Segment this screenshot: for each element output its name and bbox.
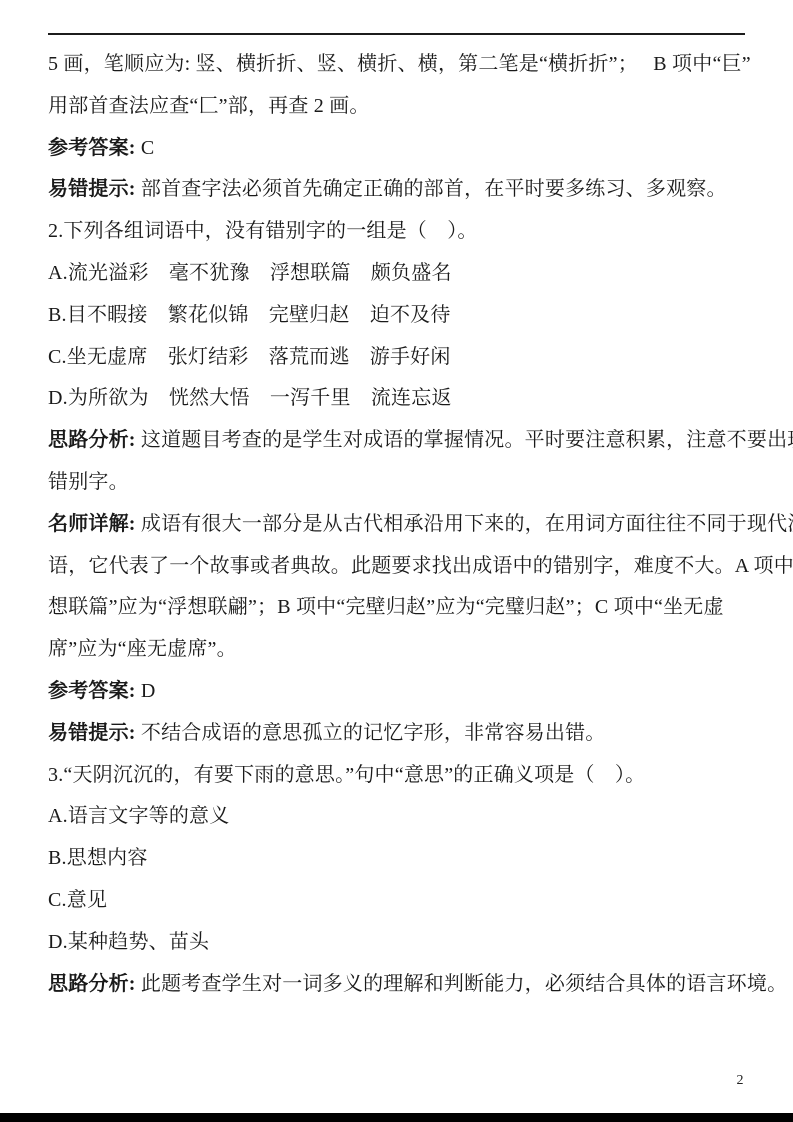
- line-text: C: [136, 137, 155, 159]
- line-text: 想联篇”应为“浮想联翩”；B 项中“完壁归赵”应为“完璧归赵”；C 项中“坐无虚: [48, 596, 724, 618]
- page-number: 2: [730, 1073, 750, 1089]
- error-tip-1: 易错提示: 部首查字法必须首先确定正确的部首，在平时要多练习、多观察。: [48, 169, 758, 211]
- line-text: 5 画，笔顺应为: 竖、横折折、竖、横折、横，第二笔是“横折折”； B 项中“巨…: [48, 53, 751, 75]
- line-text: B.目不暇接 繁花似锦 完壁归赵 迫不及待: [48, 304, 451, 326]
- reference-answer-1: 参考答案: C: [48, 128, 758, 170]
- question-3-option-c: C.意见: [48, 880, 758, 922]
- line-text: 此题考查学生对一词多义的理解和判断能力，必须结合具体的语言环境。: [136, 973, 788, 995]
- question-3-option-b: B.思想内容: [48, 838, 758, 880]
- analysis-2-line-1: 思路分析: 这道题目考查的是学生对成语的掌握情况。平时要注意积累，注意不要出现: [48, 420, 758, 462]
- line-text: D.某种趋势、苗头: [48, 931, 209, 953]
- line-text: 2.下列各组词语中，没有错别字的一组是（ ）。: [48, 220, 478, 242]
- teacher-detail-line-4: 席”应为“座无虚席”。: [48, 629, 758, 671]
- reference-answer-2: 参考答案: D: [48, 671, 758, 713]
- line-text: 成语有很大一部分是从古代相承沿用下来的，在用词方面往往不同于现代汉: [136, 513, 793, 535]
- section-label: 参考答案:: [48, 680, 136, 702]
- document-body: 5 画，笔顺应为: 竖、横折折、竖、横折、横，第二笔是“横折折”； B 项中“巨…: [48, 44, 758, 1005]
- question-3-stem: 3.“天阴沉沉的，有要下雨的意思。”句中“意思”的正确义项是（ ）。: [48, 755, 758, 797]
- teacher-detail-line-3: 想联篇”应为“浮想联翩”；B 项中“完壁归赵”应为“完璧归赵”；C 项中“坐无虚: [48, 587, 758, 629]
- line-text: 部首查字法必须首先确定正确的部首，在平时要多练习、多观察。: [136, 178, 727, 200]
- line-text: D: [136, 680, 156, 702]
- header-rule: [48, 33, 745, 35]
- section-label: 思路分析:: [48, 429, 136, 451]
- document-page: 5 画，笔顺应为: 竖、横折折、竖、横折、横，第二笔是“横折折”； B 项中“巨…: [0, 0, 793, 1122]
- bottom-scan-bar: [0, 1113, 793, 1122]
- question-3-option-d: D.某种趋势、苗头: [48, 922, 758, 964]
- stroke-analysis-line-2: 用部首查法应查“匚”部，再查 2 画。: [48, 86, 758, 128]
- line-text: 席”应为“座无虚席”。: [48, 638, 237, 660]
- question-2-option-b: B.目不暇接 繁花似锦 完壁归赵 迫不及待: [48, 295, 758, 337]
- line-text: A.语言文字等的意义: [48, 805, 229, 827]
- question-2-option-c: C.坐无虚席 张灯结彩 落荒而逃 游手好闲: [48, 337, 758, 379]
- line-text: 这道题目考查的是学生对成语的掌握情况。平时要注意积累，注意不要出现: [136, 429, 793, 451]
- section-label: 名师详解:: [48, 513, 136, 535]
- question-2-option-a: A.流光溢彩 毫不犹豫 浮想联篇 颇负盛名: [48, 253, 758, 295]
- section-label: 易错提示:: [48, 178, 136, 200]
- teacher-detail-line-1: 名师详解: 成语有很大一部分是从古代相承沿用下来的，在用词方面往往不同于现代汉: [48, 504, 758, 546]
- line-text: 不结合成语的意思孤立的记忆字形，非常容易出错。: [136, 722, 606, 744]
- line-text: 语，它代表了一个故事或者典故。此题要求找出成语中的错别字，难度不大。A 项中“浮: [48, 555, 793, 577]
- question-2-option-d: D.为所欲为 恍然大悟 一泻千里 流连忘返: [48, 378, 758, 420]
- line-text: C.坐无虚席 张灯结彩 落荒而逃 游手好闲: [48, 346, 451, 368]
- line-text: B.思想内容: [48, 847, 148, 869]
- section-label: 易错提示:: [48, 722, 136, 744]
- line-text: 用部首查法应查“匚”部，再查 2 画。: [48, 95, 370, 117]
- section-label: 思路分析:: [48, 973, 136, 995]
- question-3-option-a: A.语言文字等的意义: [48, 796, 758, 838]
- line-text: A.流光溢彩 毫不犹豫 浮想联篇 颇负盛名: [48, 262, 452, 284]
- stroke-analysis-line-1: 5 画，笔顺应为: 竖、横折折、竖、横折、横，第二笔是“横折折”； B 项中“巨…: [48, 44, 758, 86]
- line-text: D.为所欲为 恍然大悟 一泻千里 流连忘返: [48, 387, 452, 409]
- line-text: 错别字。: [48, 471, 129, 493]
- section-label: 参考答案:: [48, 137, 136, 159]
- line-text: C.意见: [48, 889, 107, 911]
- teacher-detail-line-2: 语，它代表了一个故事或者典故。此题要求找出成语中的错别字，难度不大。A 项中“浮: [48, 546, 758, 588]
- question-2-stem: 2.下列各组词语中，没有错别字的一组是（ ）。: [48, 211, 758, 253]
- analysis-3-line-1: 思路分析: 此题考查学生对一词多义的理解和判断能力，必须结合具体的语言环境。: [48, 964, 758, 1006]
- error-tip-2: 易错提示: 不结合成语的意思孤立的记忆字形，非常容易出错。: [48, 713, 758, 755]
- analysis-2-line-2: 错别字。: [48, 462, 758, 504]
- line-text: 3.“天阴沉沉的，有要下雨的意思。”句中“意思”的正确义项是（ ）。: [48, 764, 645, 786]
